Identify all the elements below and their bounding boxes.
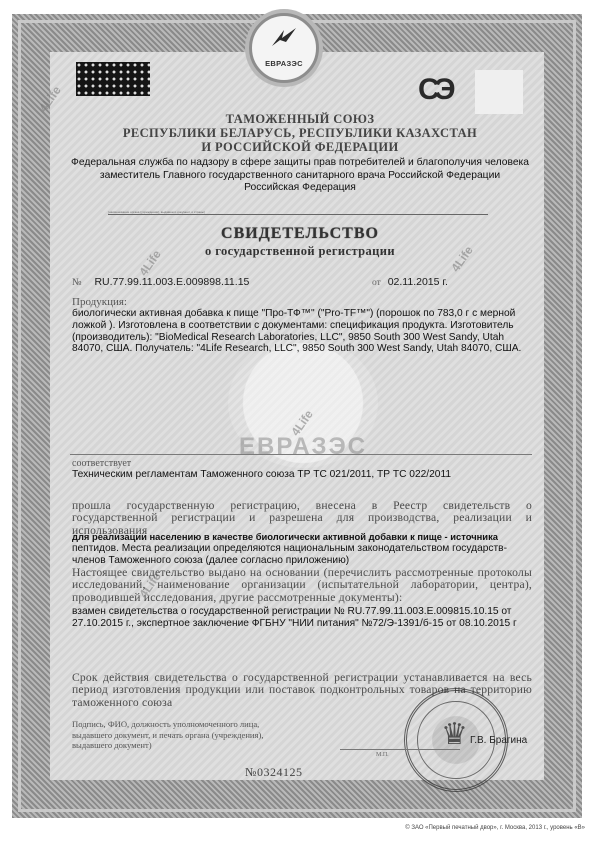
double-headed-eagle-icon: ♛ [441, 717, 468, 752]
agency-name: Федеральная служба по надзору в сфере за… [60, 157, 540, 195]
basis-label: Настоящее свидетельство выдано на основа… [72, 567, 532, 604]
union-line: ТАМОЖЕННЫЙ СОЮЗ [60, 112, 540, 126]
date-label: от [372, 278, 381, 288]
signature-caption: Подпись, ФИО, должность уполномоченного … [72, 719, 286, 751]
signature-line [340, 749, 460, 750]
registration-number-row: № RU.77.99.11.003.Е.009898.11.15 от 02.1… [72, 276, 532, 288]
serial-number: №0324125 [245, 765, 302, 780]
union-line: И РОССИЙСКОЙ ФЕДЕРАЦИИ [60, 140, 540, 154]
conformity-section: соответствует Техническим регламентам Та… [72, 458, 532, 481]
blank-field [475, 70, 523, 114]
registration-date-block: от 02.11.2015 г. [372, 276, 448, 288]
registration-number: RU.77.99.11.003.Е.009898.11.15 [94, 276, 249, 288]
printer-footer: © ЗАО «Первый печатный двор», г. Москва,… [405, 825, 585, 831]
certificate-title: СВИДЕТЕЛЬСТВО [60, 225, 540, 243]
eurasec-emblem: ЕВРАЗЭС [249, 13, 319, 83]
certificate-subtitle: о государственной регистрации [60, 244, 540, 259]
number-label: № [72, 277, 82, 288]
product-section: Продукция: биологически активная добавка… [72, 296, 532, 355]
hologram-sticker [76, 62, 150, 96]
organ-caption: (наименование органа (учреждения), выдав… [108, 210, 488, 215]
mp-label: М.П. [376, 752, 389, 758]
union-line: РЕСПУБЛИКИ БЕЛАРУСЬ, РЕСПУБЛИКИ КАЗАХСТА… [60, 126, 540, 140]
signatory-name: Г.В. Брагина [470, 735, 527, 746]
basis-text: взамен свидетельства о государственной р… [72, 606, 532, 630]
usage-section: для реализации населению в качестве биол… [72, 531, 532, 566]
agency-line: Российская Федерация [60, 182, 540, 195]
registration-date: 02.11.2015 г. [388, 276, 448, 288]
usage-lead: для реализации населению в качестве биол… [72, 531, 532, 543]
watermark-label: ЕВРАЗЭС [228, 433, 378, 461]
divider [70, 454, 532, 455]
4life-watermark-icon: 4Life [36, 84, 64, 115]
eurasec-watermark: ЕВРАЗЭС [228, 338, 378, 468]
certificate-document: ЕВРАЗЭС СЭ ЕВРАЗЭС 4Life 4Life 4Life 4Li… [0, 0, 595, 841]
agency-line: Федеральная служба по надзору в сфере за… [60, 157, 540, 170]
emblem-label: ЕВРАЗЭС [265, 59, 303, 68]
usage-text: пептидов. Места реализации определяются … [72, 543, 532, 567]
sanitary-conformity-mark-icon: СЭ [418, 73, 464, 107]
product-label: Продукция: [72, 296, 532, 308]
agency-line: заместитель Главного государственного са… [60, 170, 540, 183]
product-description: биологически активная добавка к пище "Пр… [72, 308, 532, 355]
issuer-header: ТАМОЖЕННЫЙ СОЮЗ РЕСПУБЛИКИ БЕЛАРУСЬ, РЕС… [60, 112, 540, 195]
conformity-text: Техническим регламентам Таможенного союз… [72, 469, 532, 481]
certificate-title-block: СВИДЕТЕЛЬСТВО о государственной регистра… [60, 225, 540, 259]
eurasec-emblem-icon [270, 26, 298, 48]
conformity-label: соответствует [72, 458, 532, 469]
